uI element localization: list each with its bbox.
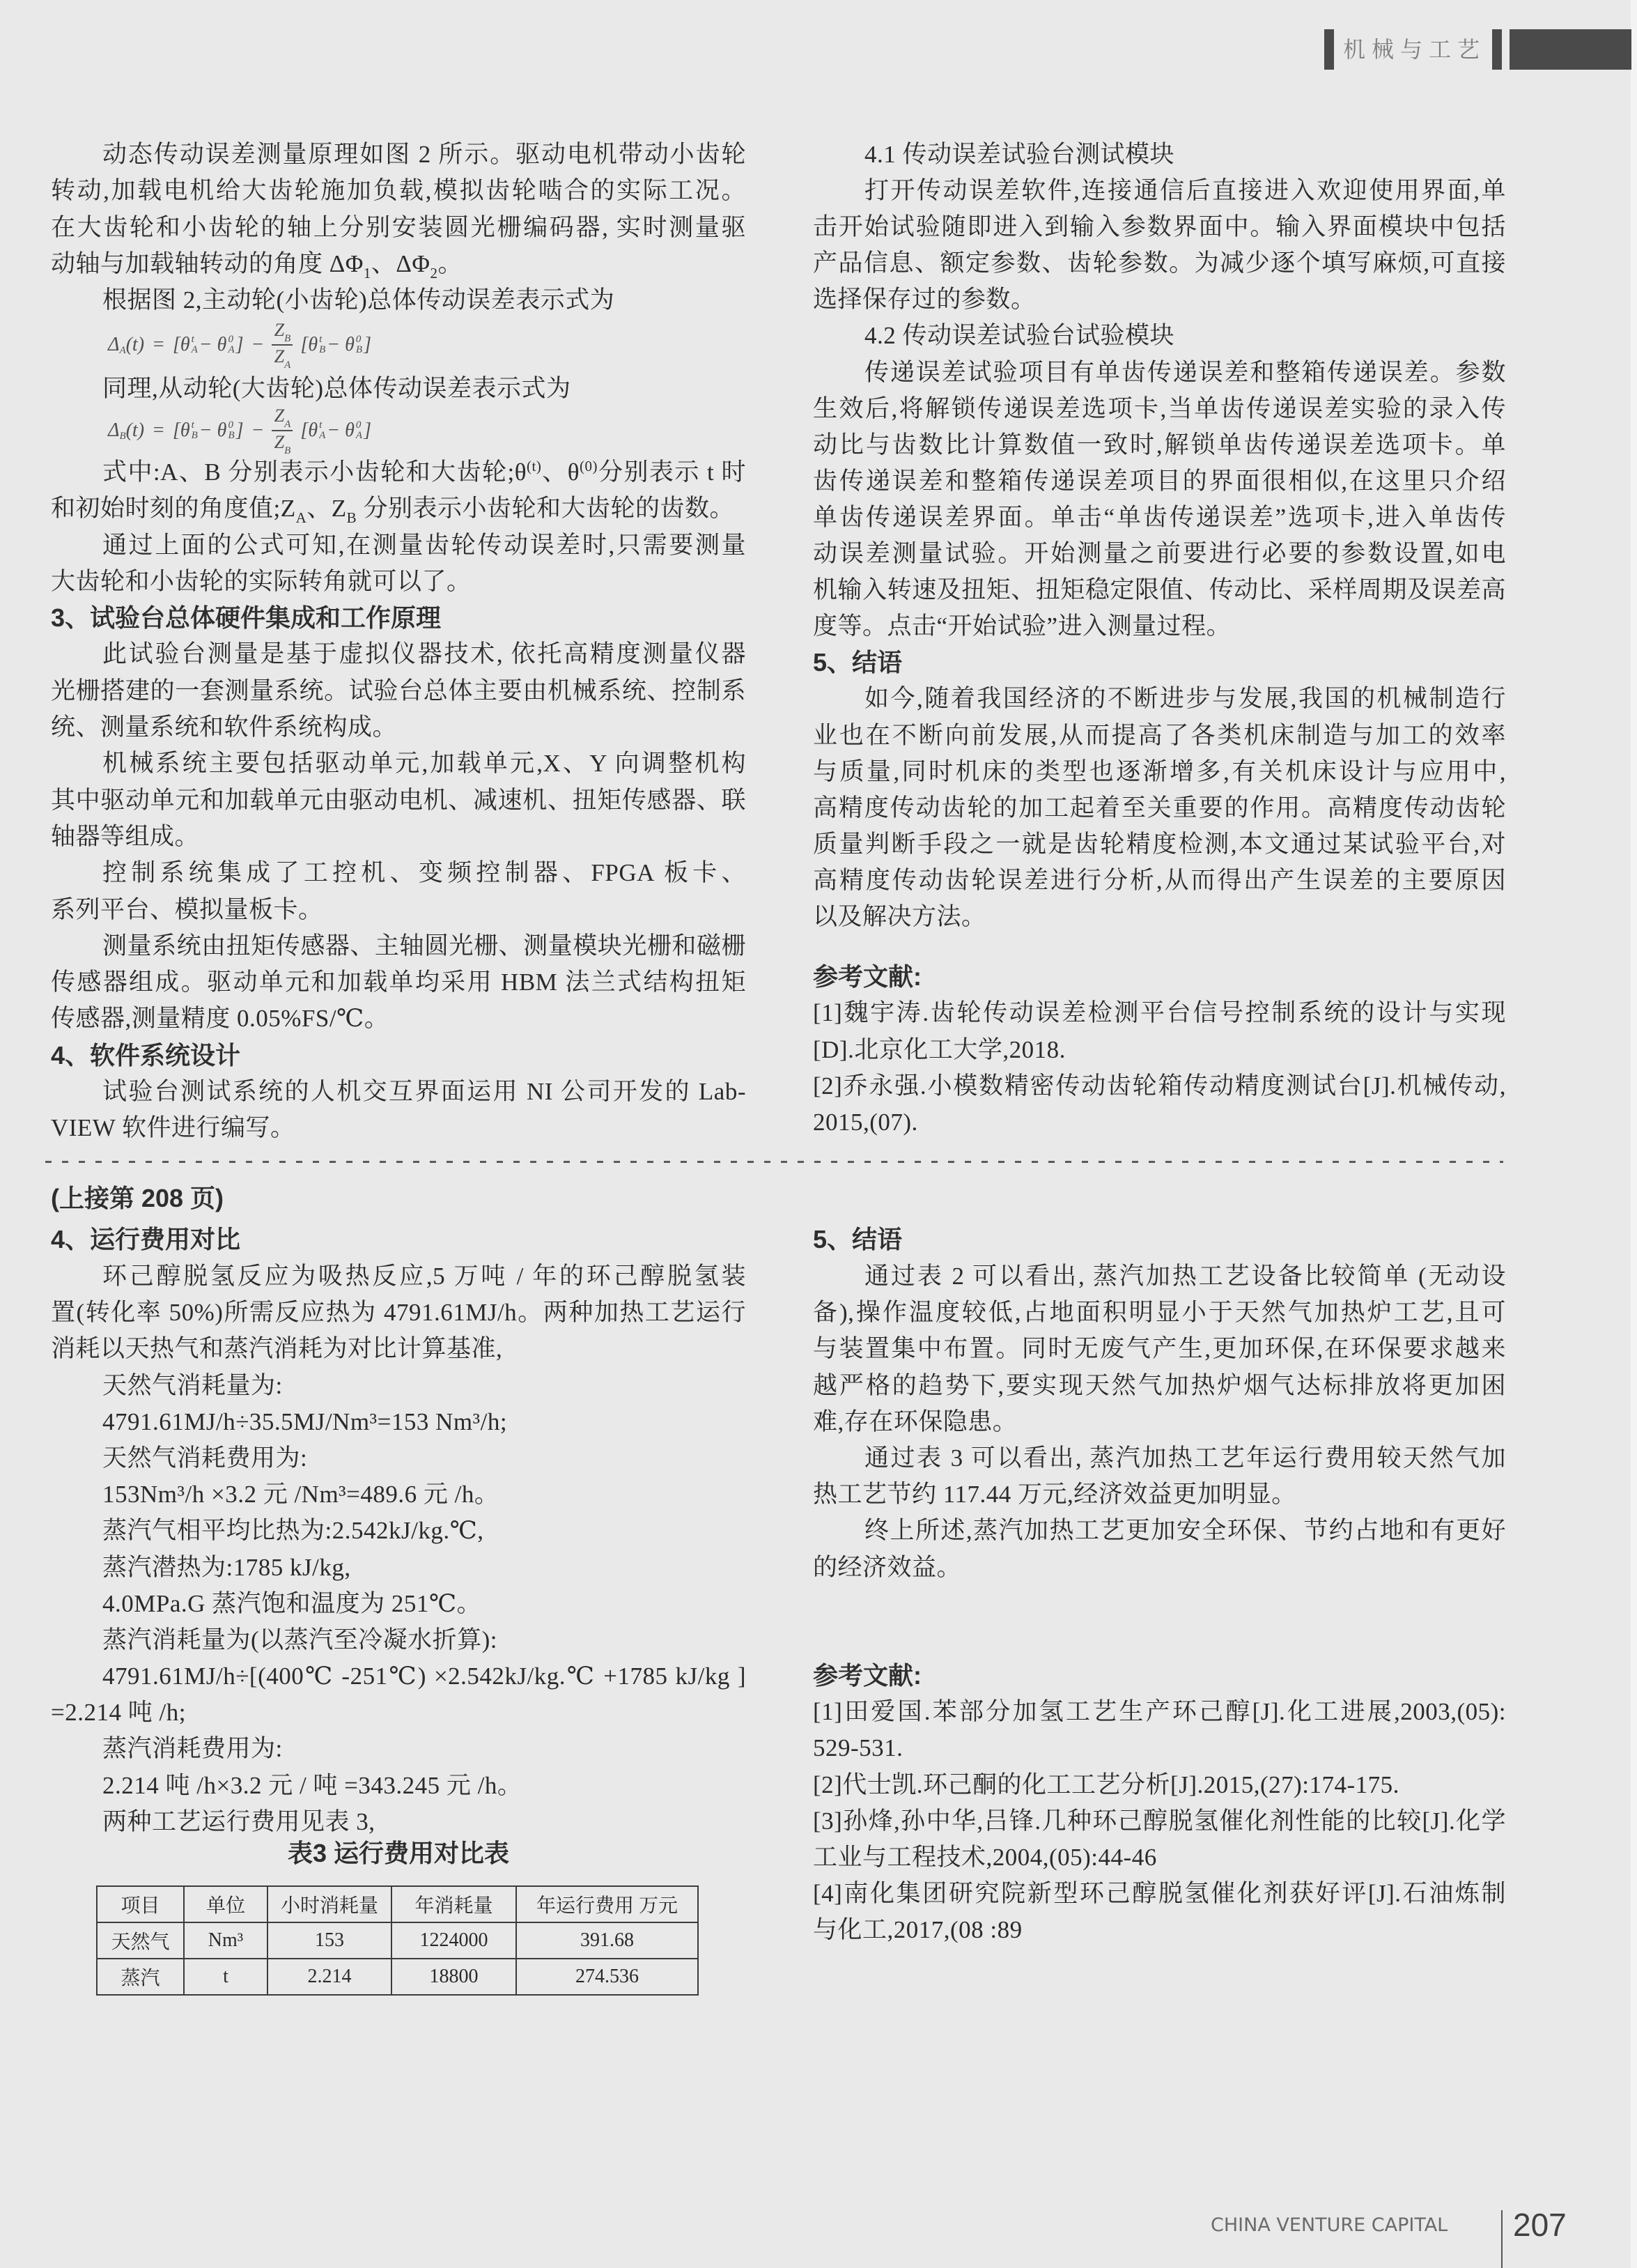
text-line: 置(转化率 50%)所需反应热为 4791.61MJ/h。两种加热工艺运行 [51,1295,746,1331]
fraction-bar [272,344,293,346]
page-edge [1631,0,1637,2268]
table-row: 天然气 Nm³ 153 1224000 391.68 [97,1922,698,1959]
table-cell: Nm³ [184,1922,267,1959]
subscript: B [319,345,325,355]
text-run: 。 [437,250,463,277]
text-line: 通过表 2 可以看出, 蒸汽加热工艺设备比较简单 (无动设 [813,1258,1506,1295]
numerator-symbol: Z [274,406,284,426]
equals-sign: = [152,419,165,442]
calc-line: =2.214 吨 /h; [51,1695,746,1731]
bottom-right-references: 参考文献: [1]田爱国.苯部分加氢工艺生产环己醇[J].化工进展,2003,(… [813,1658,1506,1949]
calc-line: 153Nm³/h ×3.2 元 /Nm³=489.6 元 /h。 [51,1476,746,1513]
text-run: 、θ [541,458,580,486]
calc-line: 4.0MPa.G 蒸汽饱和温度为 251℃。 [51,1586,746,1622]
text-run: 和初始时刻的角度值;Z [51,495,296,522]
subscript: A [284,419,290,430]
subscript: B [347,509,357,526]
text-line: 动比与齿数比计算数值一致时,解锁单齿传递误差选项卡。单 [813,427,1506,463]
subscript: A [296,509,307,526]
text-line: 转动,加载电机给大齿轮施加负载,模拟齿轮啮合的实际工况。 [51,173,746,209]
table-cell: 天然气 [97,1922,184,1959]
subscript: B [356,345,362,355]
references-heading: 参考文献: [813,959,1506,995]
subscript: 2 [430,265,437,281]
text-line: 消耗以天热气和蒸汽消耗为对比计算基准, [51,1331,746,1367]
section-heading: 5、结语 [813,645,1506,681]
reference-line: [D].北京化工大学,2018. [813,1032,1506,1068]
footer-divider [1501,2210,1503,2268]
calc-line: 2.214 吨 /h×3.2 元 / 吨 =343.245 元 /h。 [51,1768,746,1804]
reference-line: [4]南化集团研究院新型环己醇脱氢催化剂获好评[J].石油炼制 [813,1876,1506,1912]
text-line: 如今,随着我国经济的不断进步与发展,我国的机械制造行 [813,681,1506,717]
table-cell: t [184,1959,267,1995]
subsection-heading: 4.2 传动误差试验台试验模块 [813,318,1506,354]
bracket-theta: [θ [300,419,318,442]
text-line: 高精度传动齿轮误差进行分析,从而得出产生误差的主要原因 [813,863,1506,899]
sup-sub-pair: tA [319,420,325,441]
fraction-denominator: ZB [274,432,291,456]
superscript: t [319,334,325,345]
text-line: 大齿轮和小齿轮的实际转角就可以了。 [51,564,746,600]
text-line: 式中:A、B 分别表示小齿轮和大齿轮;θ(t)、θ(0)分别表示 t 时刻 [51,454,746,491]
text-line: 与质量,同时机床的类型也逐渐增多,有关机床设计与应用中, [813,754,1506,790]
denominator-symbol: Z [274,346,284,367]
superscript: 0 [356,334,362,345]
table-cell: 391.68 [516,1922,698,1959]
subscript: 1 [364,265,371,281]
numerator-symbol: Z [274,320,284,340]
text-line: 在大齿轮和小齿轮的轴上分别安装圆光栅编码器, 实时测量驱 [51,210,746,246]
superscript: 0 [228,420,234,431]
text-line: 动误差测量试验。开始测量之前要进行必要的参数设置,如电 [813,536,1506,572]
subscript: A [284,360,290,371]
formula-term: [θtB− θ0B] [300,334,371,356]
text-run: 式中:A、B 分别表示小齿轮和大齿轮;θ [102,458,527,486]
fraction-numerator: ZA [274,406,291,429]
fraction-bar [272,430,293,431]
sup-sub-pair: 0A [228,334,234,355]
text-line: 通过上面的公式可知,在测量齿轮传动误差时,只需要测量 [51,527,746,564]
bottom-right-column: 通过表 2 可以看出, 蒸汽加热工艺设备比较简单 (无动设 备),操作温度较低,… [813,1258,1506,1586]
subscript: A [192,345,198,355]
text-line: 打开传动误差软件,连接通信后直接进入欢迎使用界面,单 [813,173,1506,209]
minus-theta: − θ [327,334,355,356]
reference-line: 529-531. [813,1730,1506,1766]
formula-drive-gear-error: ΔA(t) = [θtA− θ0A] − ZBZA [θtB− θ0B] [108,319,379,371]
sup-sub-pair: tB [192,420,198,441]
top-left-column-b: 同理,从动轮(大齿轮)总体传动误差表示式为 [51,371,746,407]
delta-symbol: Δ [108,419,119,442]
top-right-references: 参考文献: [1]魏宇涛.齿轮传动误差检测平台信号控制系统的设计与实现 [D].… [813,959,1506,1141]
reference-line: 工业与工程技术,2004,(05):44-46 [813,1839,1506,1876]
text-line: 传感器组成。驱动单元和加载单均采用 HBM 法兰式结构扭矩 [51,964,746,1001]
superscript: 0 [228,334,234,345]
column-header: 年消耗量 [391,1886,516,1922]
continued-from-label: (上接第 208 页) [51,1180,746,1217]
section-heading: 4、软件系统设计 [51,1037,746,1074]
text-line: 和初始时刻的角度值;ZA、ZB 分别表示小齿轮和大齿轮的齿数。 [51,491,746,527]
text-line: 天然气消耗量为: [51,1368,746,1404]
reference-line: [3]孙烽,孙中华,吕锋.几种环己醇脱氢催化剂性能的比较[J].化学 [813,1803,1506,1839]
column-header: 小时消耗量 [267,1886,391,1922]
superscript: 0 [356,420,362,431]
text-line: 轴器等组成。 [51,819,746,855]
table-cell: 274.536 [516,1959,698,1995]
text-line: 此试验台测量是基于虚拟仪器技术, 依托高精度测量仪器 [51,636,746,672]
text-line: 动态传动误差测量原理如图 2 所示。驱动电机带动小齿轮 [51,137,746,173]
header-block [1510,29,1631,70]
minus-theta: − θ [199,419,227,442]
subscript: A [119,345,125,357]
text-line: 蒸汽消耗量为(以蒸汽至冷凝水折算): [51,1622,746,1658]
formula-arg: (t) [126,334,144,356]
reference-line: 与化工,2017,(08 :89 [813,1912,1506,1948]
references-heading: 参考文献: [813,1658,1506,1694]
text-line: 天然气消耗费用为: [51,1440,746,1476]
table-cell: 2.214 [267,1959,391,1995]
fraction-numerator: ZB [274,320,291,344]
sup-sub-pair: 0B [228,420,234,441]
formula-driven-gear-error: ΔB(t) = [θtB− θ0B] − ZAZB [θtA− θ0A] [108,407,379,454]
subscript: B [228,431,234,441]
subscript: B [192,431,198,441]
text-line: 传递误差试验项目有单齿传递误差和整箱传递误差。参数 [813,355,1506,391]
bottom-left-column: 环己醇脱氢反应为吸热反应,5 万吨 / 年的环己醇脱氢装 置(转化率 50%)所… [51,1258,746,1840]
sup-sub-pair: 0A [356,420,362,441]
superscript: (t) [527,458,541,475]
text-line: 业也在不断向前发展,从而提高了各类机床制造与加工的效率 [813,718,1506,754]
bottom-right-heading: 5、结语 [813,1221,1506,1258]
sup-sub-pair: tB [319,334,325,355]
bracket-theta: [θ [300,334,318,356]
text-line: 蒸汽消耗费用为: [51,1731,746,1767]
table-cell: 18800 [391,1959,516,1995]
bottom-left-heading: 4、运行费用对比 [51,1221,746,1258]
gear-ratio-fraction: ZAZB [272,406,293,456]
text-line: 越严格的趋势下,要实现天然气加热炉烟气达标排放将更加困 [813,1368,1506,1404]
column-header: 单位 [184,1886,267,1922]
minus-theta: − θ [199,334,227,356]
text-line: 系列平台、模拟量板卡。 [51,892,746,928]
text-line: 统、测量系统和软件系统构成。 [51,709,746,746]
text-line: 其中驱动单元和加载单元由驱动电机、减速机、扭矩传感器、联 [51,782,746,819]
bracket-theta: [θ [173,419,190,442]
text-line: 同理,从动轮(大齿轮)总体传动误差表示式为 [51,371,746,407]
top-right-column: 4.1 传动误差试验台测试模块 打开传动误差软件,连接通信后直接进入欢迎使用界面… [813,137,1506,935]
fraction-denominator: ZA [274,346,291,370]
column-header: 项目 [97,1886,184,1922]
text-line: 高精度传动齿轮的加工起着至关重要的作用。高精度传动齿轮 [813,790,1506,826]
subsection-heading: 4.1 传动误差试验台测试模块 [813,137,1506,173]
gear-ratio-fraction: ZBZA [272,320,293,370]
section-heading: 3、试验台总体硬件集成和工作原理 [51,600,746,636]
text-line: 终上所述,蒸汽加热工艺更加安全环保、节约占地和有更好 [813,1513,1506,1549]
text-line: 与装置集中布置。同时无废气产生,更加环保,在环保要求越来 [813,1331,1506,1367]
text-line: 生效后,将解锁传递误差选项卡,当单齿传递误差实验的录入传 [813,391,1506,427]
table-caption: 表3 运行费用对比表 [51,1835,746,1872]
superscript: t [192,420,198,431]
text-line: 齿传递误差和整箱传递误差项目的界面很相似,在这里只介绍 [813,463,1506,500]
text-line: 击开始试验随即进入到输入参数界面中。输入界面模块中包括 [813,209,1506,245]
text-line: 产品信息、额定参数、齿轮参数。为减少逐个填写麻烦,可直接 [813,245,1506,281]
header-bar-left [1324,29,1334,70]
section-heading: 5、结语 [813,1221,1506,1258]
table-cell: 153 [267,1922,391,1959]
sup-sub-pair: 0B [356,334,362,355]
subscript: A [319,431,325,441]
equals-sign: = [152,334,165,356]
reference-line: [1]田爱国.苯部分加氢工艺生产环己醇[J].化工进展,2003,(05): [813,1694,1506,1730]
minus-theta: − θ [327,419,355,442]
reference-line: [1]魏宇涛.齿轮传动误差检测平台信号控制系统的设计与实现 [813,995,1506,1031]
formula-lhs: ΔB(t) [108,419,144,442]
top-left-column-a: 动态传动误差测量原理如图 2 所示。驱动电机带动小齿轮 转动,加载电机给大齿轮施… [51,137,746,318]
table-row: 蒸汽 t 2.214 18800 274.536 [97,1959,698,1995]
calc-line: 蒸汽潜热为:1785 kJ/kg, [51,1550,746,1586]
text-line: 机输入转速及扭矩、扭矩稳定限值、传动比、采样周期及误差高 [813,572,1506,608]
text-line: 以及解决方法。 [813,899,1506,935]
text-line: 试验台测试系统的人机交互界面运用 NI 公司开发的 Lab- [51,1074,746,1110]
text-line: 机械系统主要包括驱动单元,加载单元,X、Y 向调整机构等。 [51,746,746,782]
table-cell: 蒸汽 [97,1959,184,1995]
section-label: 机械与工艺 [1343,29,1491,70]
text-line: 度等。点击“开始试验”进入测量过程。 [813,608,1506,645]
superscript: t [192,334,198,345]
reference-line: [2]代士凯.环己酮的化工工艺分析[J].2015,(27):174-175. [813,1767,1506,1803]
minus-sign: − [251,419,265,442]
bracket-close: ] [364,334,371,356]
formula-term: [θtA− θ0A] [173,334,244,356]
section-heading: 4、运行费用对比 [51,1221,746,1258]
text-line: 的经济效益。 [813,1550,1506,1586]
minus-sign: − [251,334,265,356]
top-left-column-c: 式中:A、B 分别表示小齿轮和大齿轮;θ(t)、θ(0)分别表示 t 时刻 和初… [51,454,746,1147]
text-line: 传感器,测量精度 0.05%FS/℃。 [51,1001,746,1037]
text-line: 通过表 3 可以看出, 蒸汽加热工艺年运行费用较天然气加 [813,1440,1506,1476]
subscript: B [284,333,290,344]
formula-arg: (t) [126,419,144,442]
text-run: 、ΔΦ [371,250,430,277]
table-cell: 1224000 [391,1922,516,1959]
bracket-close: ] [364,419,371,442]
calc-line: 蒸汽气相平均比热为:2.542kJ/kg.℃, [51,1513,746,1549]
header-bar-right [1492,29,1502,70]
text-run: 动轴与加载轴转动的角度 ΔΦ [51,250,364,277]
text-line: 光栅搭建的一套测量系统。试验台总体主要由机械系统、控制系 [51,673,746,709]
superscript: t [319,420,325,431]
bracket-theta: [θ [173,334,190,356]
text-run: 分别表示小齿轮和大齿轮的齿数。 [357,495,734,522]
text-line: 测量系统由扭矩传感器、主轴圆光栅、测量模块光栅和磁栅 [51,928,746,964]
text-line: 热工艺节约 117.44 万元,经济效益更加明显。 [813,1476,1506,1513]
page-number: 207 [1513,2207,1567,2242]
text-line: 难,存在环保隐患。 [813,1404,1506,1440]
text-line: 环己醇脱氢反应为吸热反应,5 万吨 / 年的环己醇脱氢装 [51,1258,746,1295]
text-line: 根据图 2,主动轮(小齿轮)总体传动误差表示式为 [51,282,746,318]
magazine-brand: CHINA VENTURE CAPITAL [1211,2212,1448,2239]
sup-sub-pair: tA [192,334,198,355]
formula-term: [θtA− θ0A] [300,419,371,442]
text-line: 控制系统集成了工控机、变频控制器、FPGA 板卡、NI−PXI [51,855,746,891]
text-line: 动轴与加载轴转动的角度 ΔΦ1、ΔΦ2。 [51,246,746,282]
table-header-row: 项目 单位 小时消耗量 年消耗量 年运行费用 万元 [97,1886,698,1922]
text-line: 备),操作温度较低,占地面积明显小于天然气加热炉工艺,且可 [813,1295,1506,1331]
subscript: A [356,431,362,441]
continued-note: (上接第 208 页) [51,1180,746,1217]
text-line: 质量判断手段之一就是齿轮精度检测,本文通过某试验平台,对 [813,826,1506,863]
calc-line: 4791.61MJ/h÷35.5MJ/Nm³=153 Nm³/h; [51,1404,746,1440]
text-line: VIEW 软件进行编写。 [51,1110,746,1146]
subscript: B [119,431,125,442]
subscript: A [228,345,234,355]
article-divider [45,1161,1503,1163]
text-run: 、Z [307,495,346,522]
superscript: (0) [580,458,598,475]
calc-line: 4791.61MJ/h÷[(400℃ -251℃) ×2.542kJ/kg.℃ … [51,1658,746,1695]
formula-term: [θtB− θ0B] [173,419,244,442]
delta-symbol: Δ [108,334,119,356]
column-header: 年运行费用 万元 [516,1886,698,1922]
text-line: 单齿传递误差界面。单击“单齿传递误差”选项卡,进入单齿传 [813,500,1506,536]
operating-cost-table: 项目 单位 小时消耗量 年消耗量 年运行费用 万元 天然气 Nm³ 153 12… [96,1885,699,1996]
reference-line: 2015,(07). [813,1104,1506,1141]
bracket-close: ] [236,419,244,442]
denominator-symbol: Z [274,432,284,452]
text-line: 选择保存过的参数。 [813,281,1506,318]
bracket-close: ] [236,334,244,356]
formula-lhs: ΔA(t) [108,334,144,356]
reference-line: [2]乔永强.小模数精密传动齿轮箱传动精度测试台[J].机械传动, [813,1068,1506,1104]
